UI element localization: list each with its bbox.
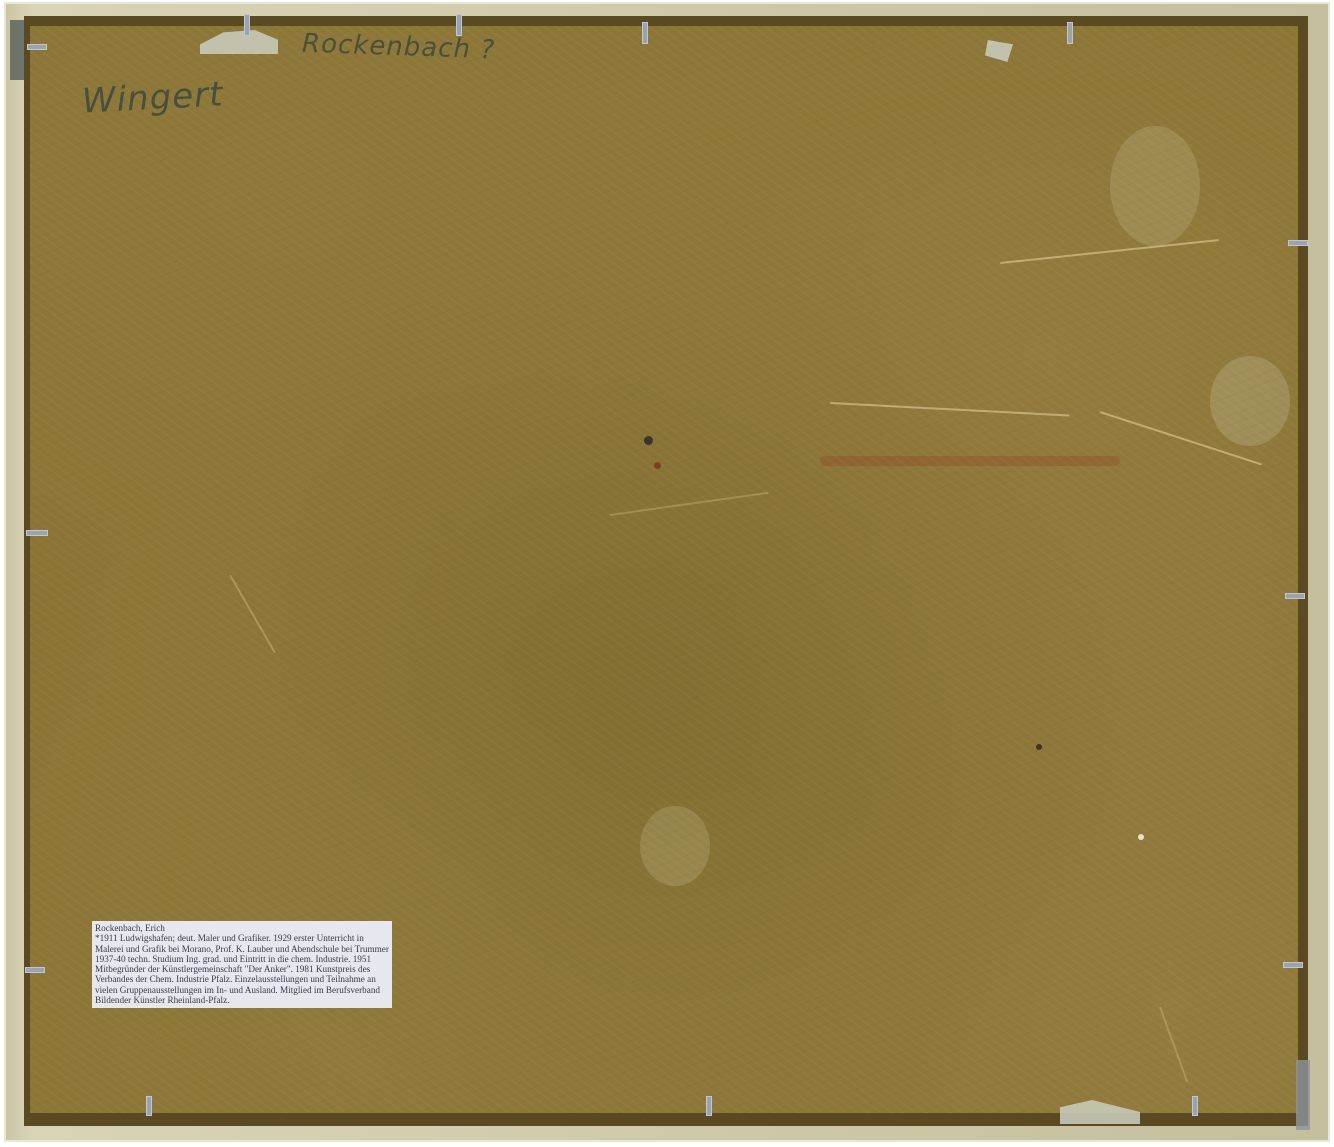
- white-speck: [1138, 834, 1144, 840]
- framing-point: [1192, 1096, 1198, 1116]
- label-line: *1911 Ludwigshafen; deut. Maler und Graf…: [95, 933, 389, 943]
- framing-point: [27, 44, 47, 50]
- scratch: [1000, 239, 1219, 264]
- label-line: Mitbegründer der Künstlergemeinschaft "D…: [95, 964, 389, 974]
- label-line: vielen Gruppenausstellungen im In- und A…: [95, 985, 389, 995]
- handwritten-title: Wingert: [81, 74, 224, 121]
- framing-point: [1067, 22, 1073, 44]
- tape-strip: [10, 20, 24, 80]
- dark-spot: [644, 436, 653, 445]
- framing-point: [706, 1096, 712, 1116]
- label-line: Bildender Künstler Rheinland-Pfalz.: [95, 995, 389, 1005]
- framing-point: [26, 530, 48, 536]
- framing-point: [244, 14, 250, 36]
- label-line: Malerei und Grafik bei Morano, Prof. K. …: [95, 944, 389, 954]
- scratch: [1159, 1007, 1188, 1083]
- label-line: Rockenbach, Erich: [95, 923, 389, 933]
- scratch: [830, 402, 1070, 417]
- scratch: [610, 492, 769, 516]
- framing-point: [146, 1096, 152, 1116]
- label-line: 1937-40 techn. Studium Ing. grad. und Ei…: [95, 954, 389, 964]
- artist-biography-label: Rockenbach, Erich *1911 Ludwigshafen; de…: [92, 921, 392, 1008]
- dark-spot: [1036, 744, 1042, 750]
- scratch: [229, 575, 276, 654]
- pale-stain: [1110, 126, 1200, 246]
- framing-point: [1283, 962, 1303, 968]
- red-smear: [820, 456, 1120, 466]
- framing-point: [1288, 240, 1308, 246]
- scratch: [1100, 411, 1262, 465]
- framing-point: [642, 22, 648, 44]
- label-line: Verbandes der Chem. Industrie Pfalz. Ein…: [95, 974, 389, 984]
- rust-spot: [654, 462, 661, 469]
- tape-strip: [1296, 1060, 1310, 1130]
- framing-point: [1285, 593, 1305, 599]
- framing-point: [25, 967, 45, 973]
- pale-stain: [1210, 356, 1290, 446]
- framing-point: [456, 14, 462, 36]
- pale-stain: [640, 806, 710, 886]
